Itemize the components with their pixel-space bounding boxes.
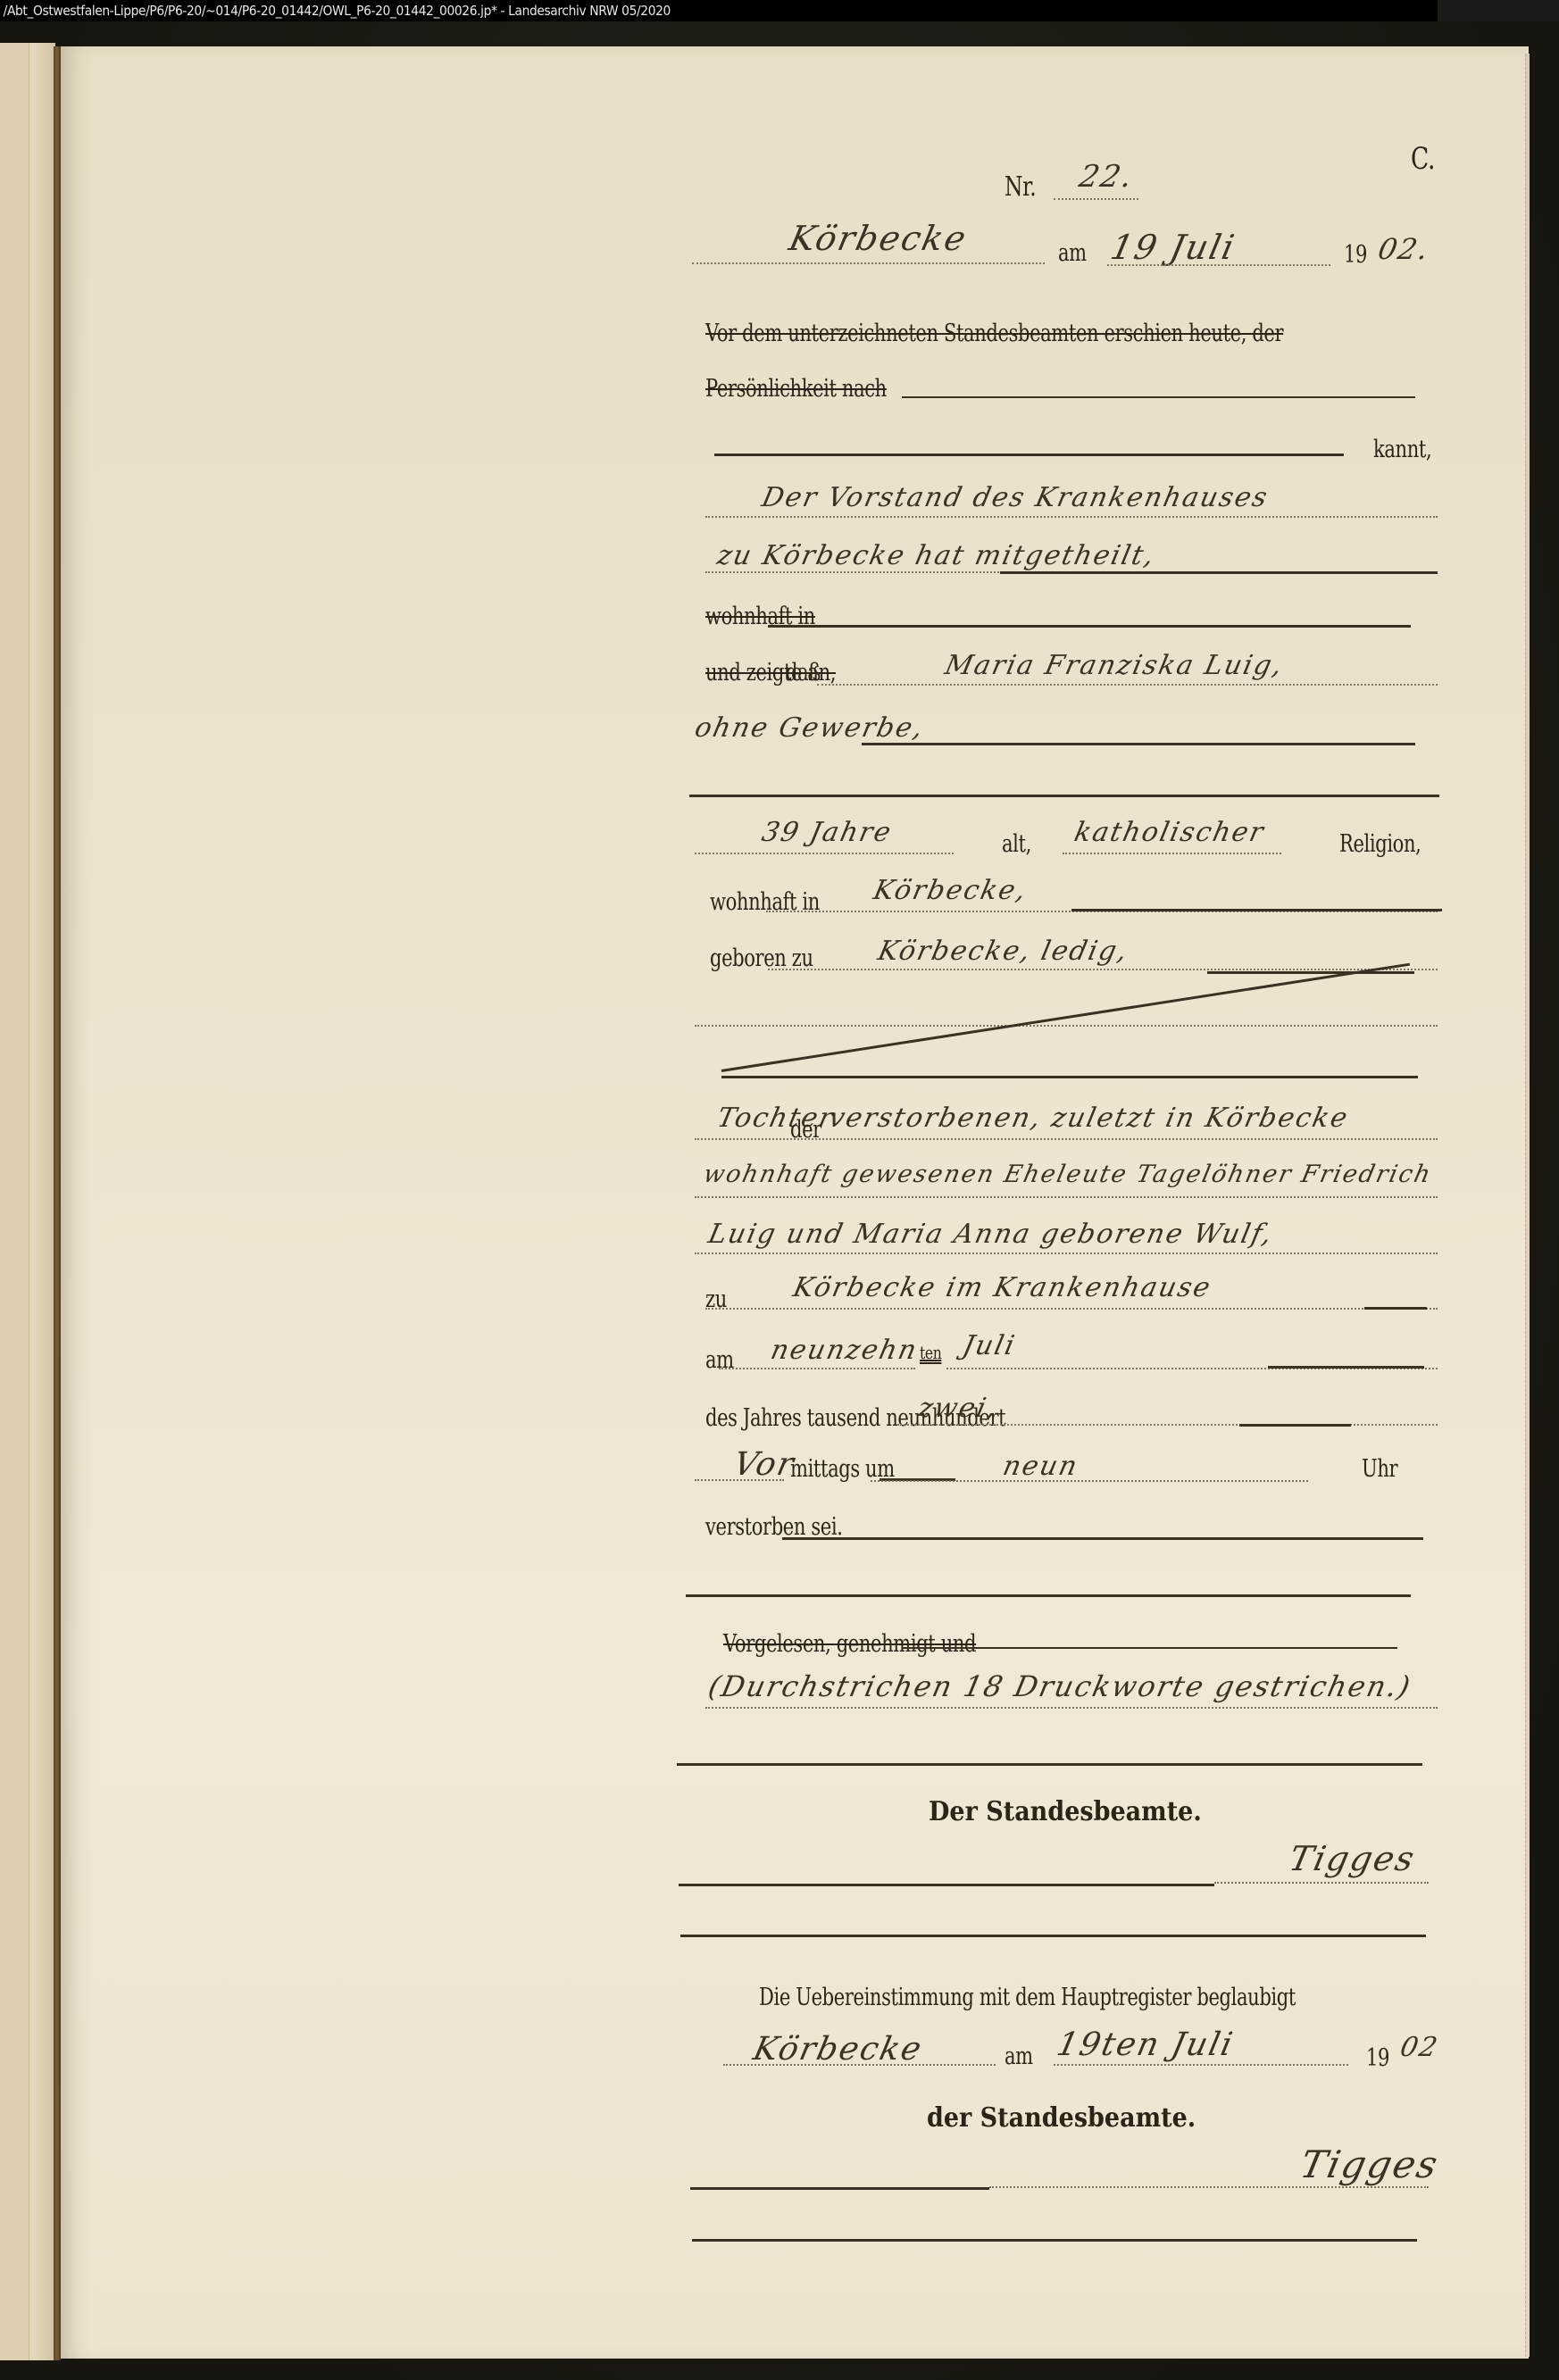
number-dotted-line (1054, 198, 1138, 200)
blank-rule-2 (721, 1076, 1418, 1078)
death-day-suffix: ten (920, 1342, 941, 1363)
cert-place: Körbecke (750, 2031, 926, 2068)
verstorben-rule (782, 1537, 1423, 1540)
year-suffix: 02. (1375, 232, 1433, 266)
religion-dotted-line (1063, 853, 1281, 854)
cert-am-label: am (1005, 2043, 1033, 2070)
death-day-label: am (705, 1346, 734, 1374)
alt-label: alt, (1002, 830, 1031, 858)
time-prefix-dotted (695, 1479, 784, 1481)
blank-dotted-line (695, 1025, 1438, 1027)
correction-dotted (705, 1707, 1438, 1709)
official-signature-rule (679, 1884, 1214, 1886)
parents-dotted-2 (695, 1196, 1438, 1198)
year-rule (1239, 1424, 1351, 1427)
cert-date-dotted (1054, 2064, 1348, 2066)
cert-signature-rule-b (690, 2187, 989, 2190)
age-dotted-line (695, 853, 954, 854)
correction-note: (Durchstrichen 18 Druckworte gestrichen.… (705, 1669, 1414, 1703)
parents-dotted-1 (695, 1138, 1438, 1140)
struck-vorgelesen: Vorgelesen, genehmigt und (723, 1630, 976, 1658)
age-value: 39 Jahre (759, 817, 895, 848)
blank-rule-3 (686, 1594, 1411, 1597)
blank-rule-4 (677, 1763, 1422, 1766)
struck-intro-line-2: Persönlichkeit nach (705, 375, 887, 403)
kannt-rule (714, 454, 1344, 456)
cert-signature: Tigges (1296, 2143, 1443, 2186)
official-title: Der Standesbeamte. (929, 1796, 1202, 1827)
register-place: Körbecke (786, 219, 971, 258)
residence-value: Körbecke, (871, 875, 1030, 906)
informant-line-1: Der Vorstand des Krankenhauses (759, 482, 1271, 513)
cert-place-dotted (723, 2064, 996, 2066)
uhr-label: Uhr (1362, 1455, 1397, 1483)
death-day-value: neunzehn (768, 1335, 921, 1366)
parents-line-3: Luig und Maria Anna geborene Wulf, (705, 1219, 1276, 1250)
residence-rule (1071, 909, 1442, 911)
blank-rule-1 (689, 795, 1439, 797)
register-date: 19 Juli (1107, 228, 1239, 267)
name-dotted-line (817, 684, 1438, 686)
book-binding (54, 46, 61, 2360)
death-month-value: Juli (960, 1330, 1019, 1361)
blank-rule-5 (680, 1935, 1426, 1937)
official-signature: Tigges (1286, 1839, 1419, 1878)
deceased-occupation: ohne Gewerbe, (692, 712, 927, 744)
deceased-name: Maria Franziska Luig, (942, 650, 1287, 681)
time-dotted (871, 1480, 1308, 1482)
kannt-label: kannt, (1373, 436, 1431, 463)
time-value: neun (1000, 1451, 1081, 1482)
page-right-edge (1525, 54, 1530, 2357)
religion-label: Religion, (1339, 830, 1421, 858)
death-place-rule (1364, 1307, 1427, 1310)
born-dotted-line (768, 969, 1438, 970)
death-day-dotted (719, 1368, 915, 1369)
number-label: Nr. (1005, 171, 1036, 203)
death-month-rule (1268, 1366, 1424, 1369)
dass-label: daß (786, 659, 821, 687)
cert-year-prefix: 19 (1366, 2044, 1389, 2072)
blank-rule-6 (692, 2239, 1417, 2242)
parents-dotted-3 (695, 1252, 1438, 1254)
place-dotted-line (692, 262, 1045, 264)
left-page-fold (0, 43, 29, 2360)
born-value: Körbecke, ledig, (875, 936, 1131, 967)
death-place-dotted (705, 1308, 1438, 1310)
informant-line-2: zu Körbecke hat mitgetheilt, (714, 540, 1158, 571)
viewer-title-bar: /Abt_Ostwestfalen-Lippe/P6/P6-20/~014/P6… (0, 0, 1438, 21)
date-dotted-line (1107, 264, 1330, 266)
vorgelesen-rule (902, 1647, 1397, 1649)
occupation-rule (862, 743, 1415, 745)
year-dotted (897, 1424, 1438, 1426)
informant-dotted-1 (705, 516, 1438, 518)
struck-intro-rule (902, 396, 1415, 398)
certification-text: Die Uebereinstimmung mit dem Hauptregist… (759, 1984, 1296, 2011)
cert-signature-dotted (989, 2186, 1429, 2188)
cert-official-title: der Standesbeamte. (927, 2102, 1196, 2134)
religion-value: katholischer (1071, 817, 1268, 848)
series-letter: C. (1411, 141, 1435, 177)
am-label: am (1058, 239, 1087, 267)
wohnhaft-rule (768, 625, 1411, 628)
record-number: 22. (1076, 159, 1138, 195)
parents-line-2: wohnhaft gewesenen Eheleute Tagelöhner F… (701, 1161, 1435, 1188)
year-prefix: 19 (1344, 241, 1367, 269)
informant-rule (1000, 571, 1438, 574)
parents-line-1: verstorbenen, zuletzt in Körbecke (826, 1103, 1352, 1134)
official-signature-dotted (1214, 1882, 1429, 1884)
struck-intro-line-1: Vor dem unterzeichneten Standesbeamten e… (705, 320, 1332, 347)
cert-date: 19ten Juli (1054, 2026, 1238, 2063)
born-rule (1207, 971, 1414, 974)
death-place-value: Körbecke im Krankenhause (790, 1272, 1214, 1303)
year-value: zwei, (915, 1393, 1001, 1424)
cert-year-suffix: 02 (1397, 2032, 1442, 2063)
time-prefix-value: Vor (730, 1446, 798, 1483)
